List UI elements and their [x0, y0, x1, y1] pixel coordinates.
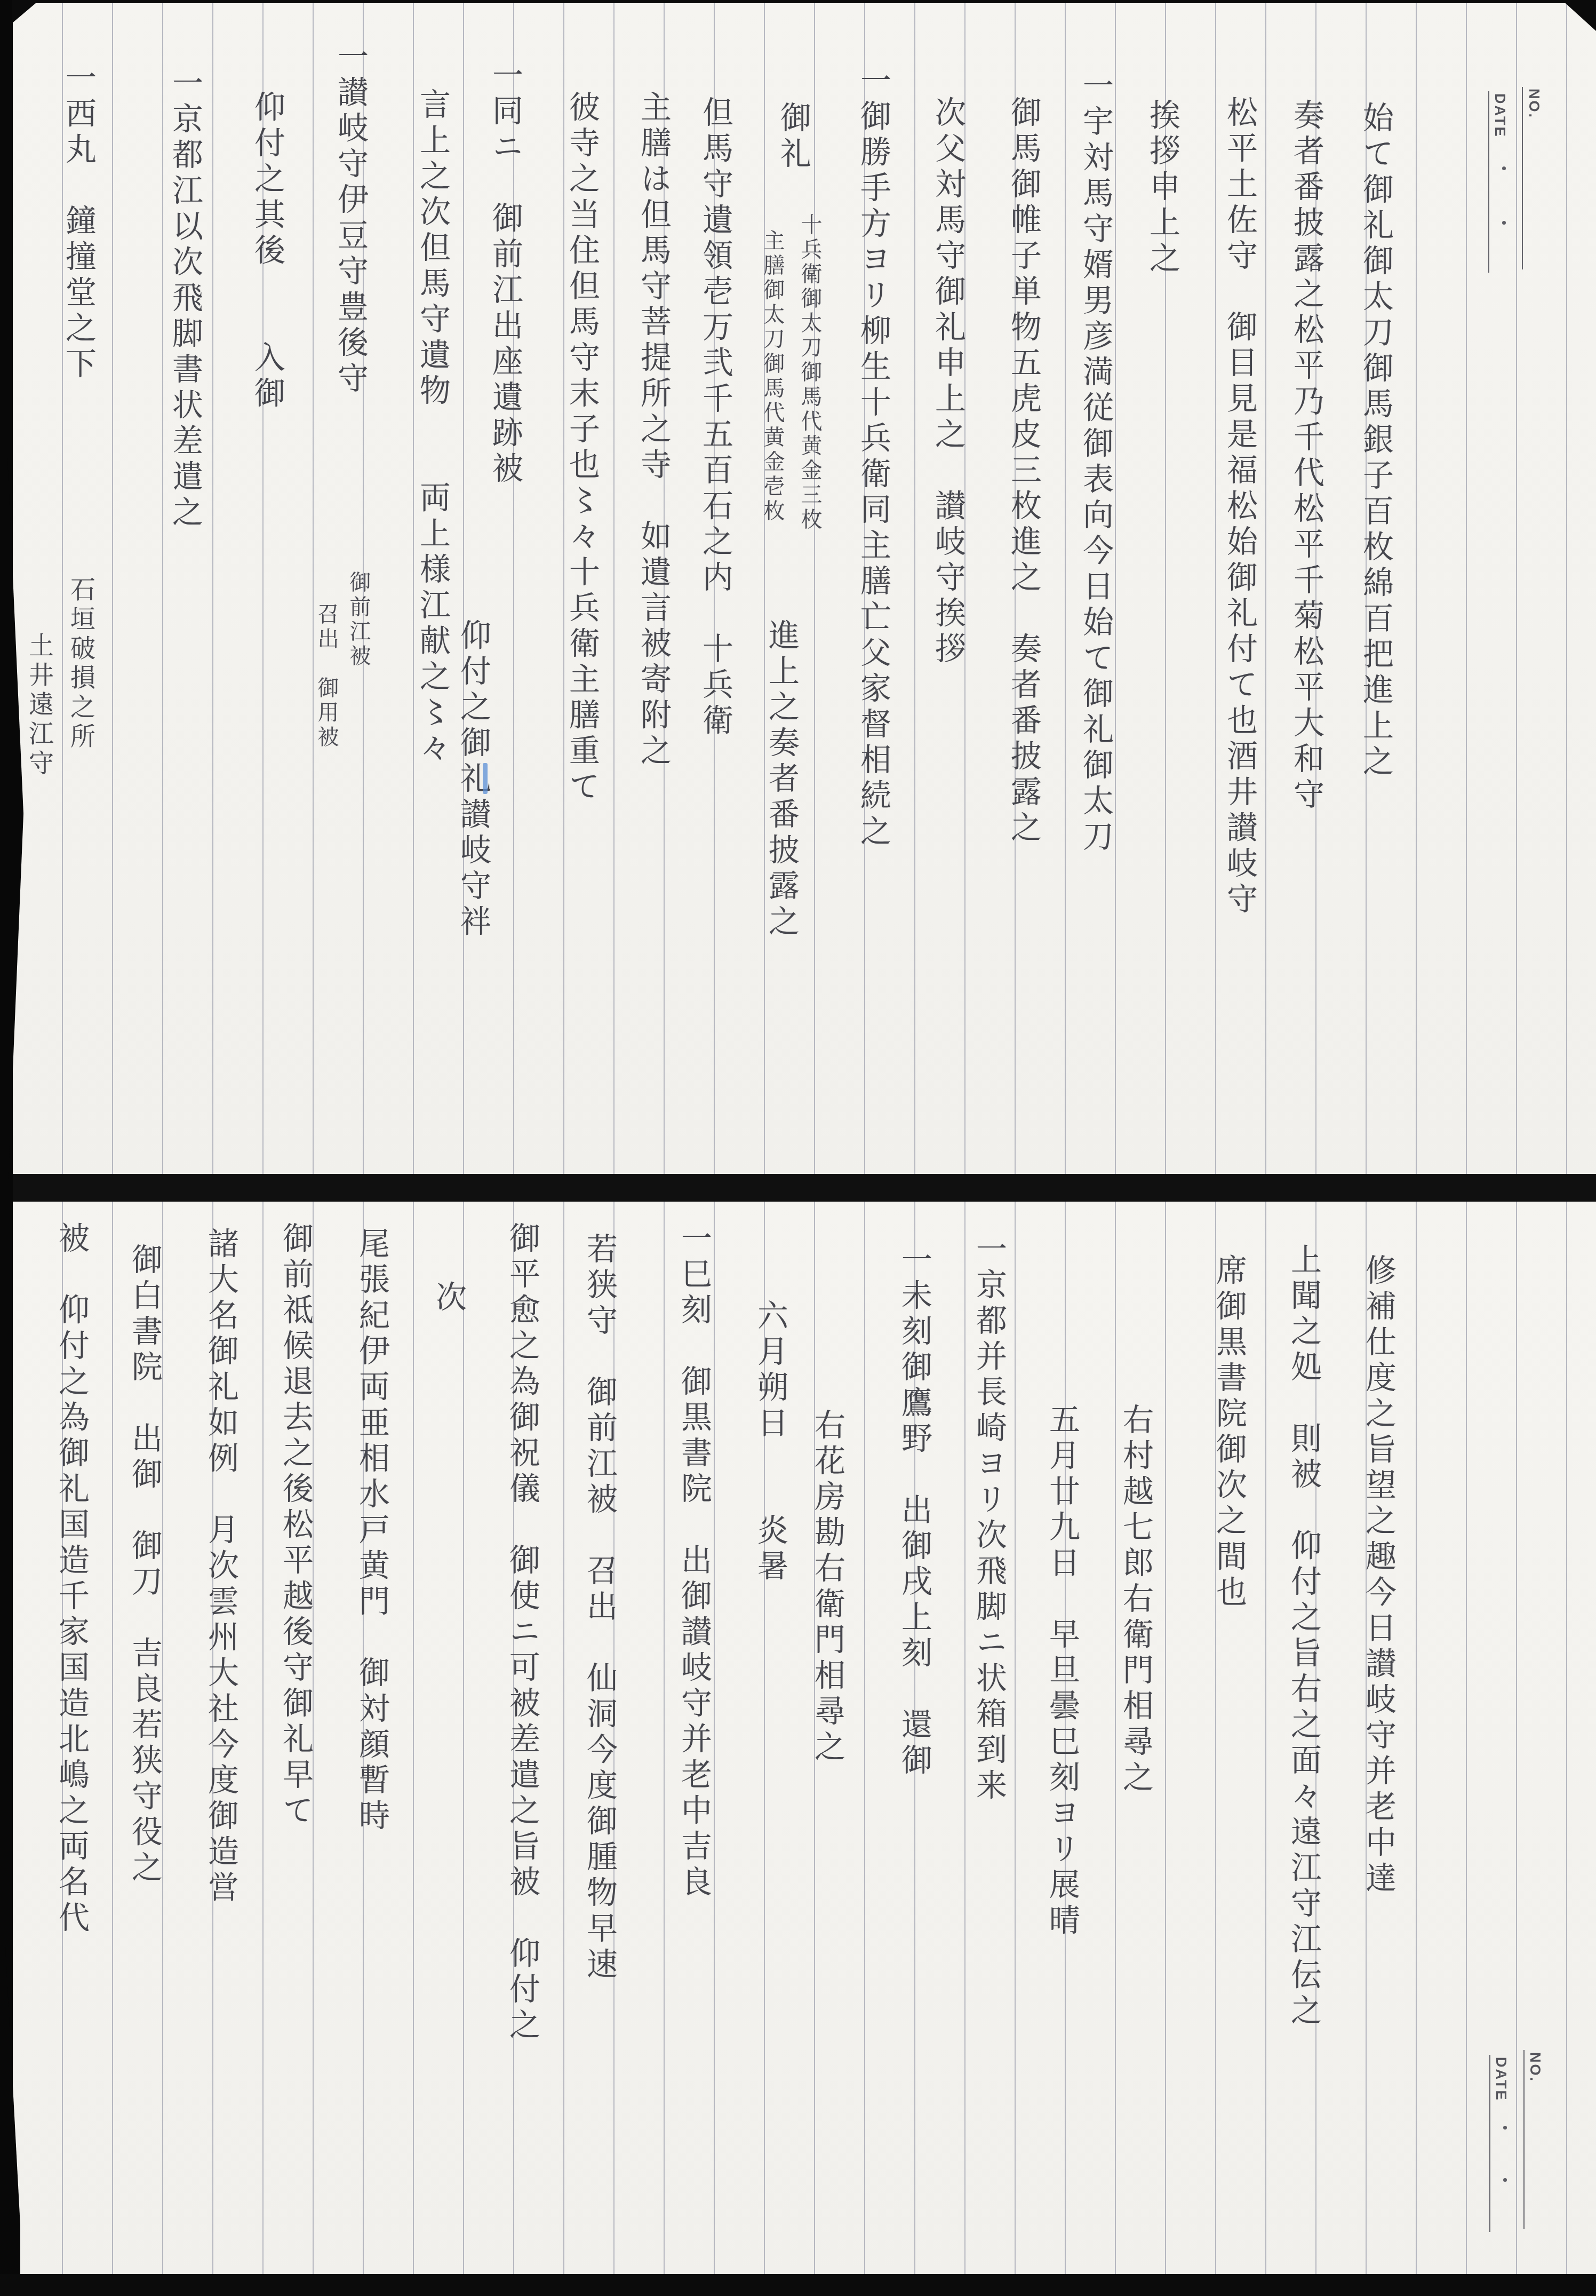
handwriting-column: 修補仕度之旨望之趣今日讃岐守并老中達	[1363, 1254, 1394, 1897]
handwriting-column: 次	[433, 1281, 464, 1316]
handwriting-column: 一未刻御鷹野 出御戌上刻 還御	[899, 1243, 930, 1779]
handwriting-column: 御前祗候退去之後松平越後守御礼早て	[280, 1222, 311, 1830]
handwriting-column: 右村越七郎右衛門相尋之	[1120, 1403, 1151, 1797]
handwriting-column: 被 仰付之為御礼国造千家国造北嶋之両名代	[56, 1222, 87, 1937]
handwriting-column: 諸大名御礼如例 月次雲州大社今度御造営	[205, 1227, 236, 1906]
handwriting-column: 御平愈之為御祝儀 御使ニ可被差遣之旨被 仰付之	[507, 1222, 538, 2044]
handwriting-column: 一巳刻 御黒書院 出御讃岐守并老中吉良	[679, 1222, 709, 1901]
notebook-page-2: NO. DATE 修補仕度之旨望之趣今日讃岐守并老中達上聞之処 則被 仰付之旨右…	[12, 1202, 1596, 2279]
handwriting-column: 五月廿九日 早旦曇巳刻ヨリ展晴	[1047, 1403, 1078, 1940]
handwriting-column: 六月朔日 炎暑	[755, 1299, 786, 1585]
scan-edge-bottom	[0, 2274, 1596, 2296]
handwriting-column: 一京都并長崎ヨリ次飛脚ニ状箱到来	[973, 1233, 1004, 1805]
handwriting-column: 若狭守 御前江被 召出 仙洞今度御腫物早速	[584, 1233, 615, 1983]
handwriting-area-page-2: 修補仕度之旨望之趣今日讃岐守并老中達上聞之処 則被 仰付之旨右之面々遠江守江伝之…	[0, 0, 1596, 2279]
handwriting-column: 尾張紀伊両亜相水戸黄門 御対顔暫時	[356, 1227, 387, 1835]
handwriting-column: 上聞之処 則被 仰付之旨右之面々遠江守江伝之	[1288, 1243, 1319, 2030]
handwriting-column: 右花房勘右衛門相尋之	[812, 1409, 843, 1766]
handwriting-column: 席御黒書院御次之間也	[1214, 1254, 1244, 1611]
handwriting-column: 御白書院 出御 御刀 吉良若狭守役之	[129, 1243, 160, 1887]
